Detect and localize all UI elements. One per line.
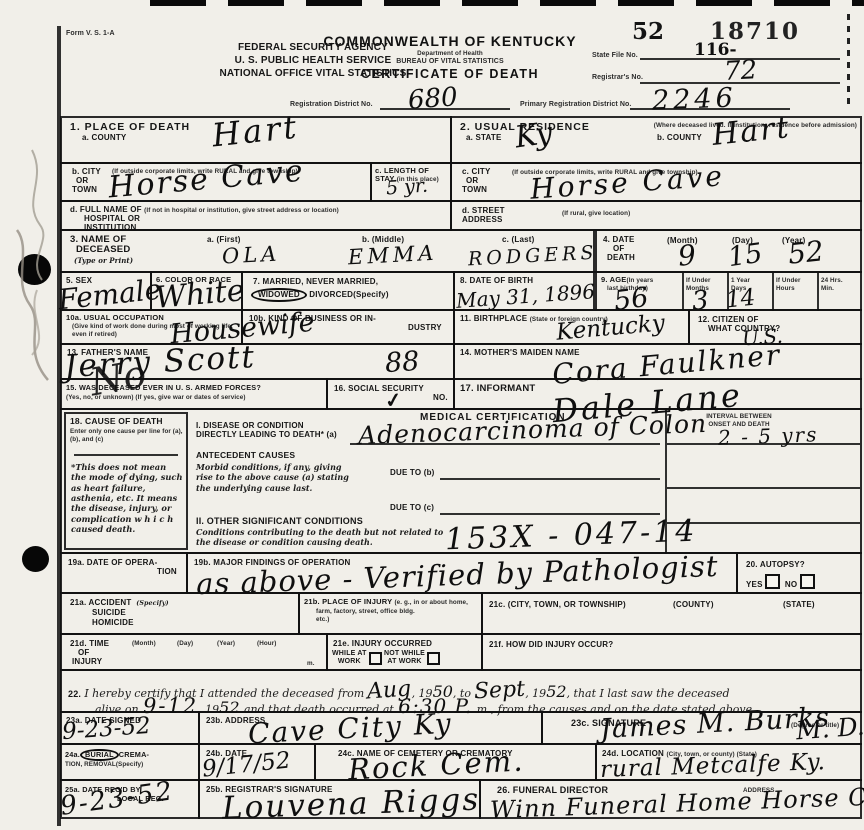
injury-place-note: farm, factory, street, office bldg.etc.) bbox=[316, 608, 476, 623]
cause-title: 18. CAUSE OF DEATH bbox=[70, 417, 163, 427]
homicide-label: HOMICIDE bbox=[92, 618, 134, 627]
injury-time-of: OF bbox=[78, 648, 90, 657]
state-label: a. STATE bbox=[466, 133, 502, 142]
burial-circled[interactable]: BURIAL bbox=[80, 749, 119, 761]
disease-label1: I. DISEASE OR CONDITION bbox=[196, 421, 304, 430]
disease-label2: DIRECTLY LEADING TO DEATH* (a) bbox=[196, 430, 337, 439]
physician-degree-value[interactable]: M. D. bbox=[795, 712, 864, 746]
interval-value[interactable]: 2 - 5 yrs bbox=[718, 422, 819, 449]
street-label2: ADDRESS bbox=[462, 215, 503, 224]
injury-day: (Day) bbox=[177, 640, 193, 648]
registrar-signature-value[interactable]: Louvena Riggs bbox=[221, 782, 480, 827]
reg-district-value[interactable]: 680 bbox=[407, 82, 459, 115]
operation-date-label2: TION bbox=[157, 567, 177, 576]
informant-label: 17. INFORMANT bbox=[460, 384, 535, 395]
injury-place-label: 21b. PLACE OF INJURY (e. g., in or about… bbox=[304, 598, 468, 607]
street-label: d. STREET bbox=[462, 206, 505, 215]
form-number: Form V. S. 1-A bbox=[66, 30, 115, 38]
injury-occurred-options: WHILE ATWORK NOT WHILEAT WORK bbox=[332, 650, 440, 666]
field-accident: 21a. ACCIDENT (Specify) SUICIDE HOMICIDE bbox=[60, 592, 300, 635]
primary-reg-value[interactable]: 2246 bbox=[651, 83, 737, 117]
street-note: (If rural, give location) bbox=[562, 210, 630, 218]
field-autopsy: 20. AUTOPSY? YES NO bbox=[736, 552, 862, 594]
injury-county-label: (COUNTY) bbox=[673, 600, 714, 609]
cause-note: Enter only one cause per line for (a), (… bbox=[70, 428, 185, 443]
suicide-label: SUICIDE bbox=[92, 608, 126, 617]
injury-year: (Year) bbox=[217, 640, 235, 648]
field-usual-residence: 2. USUAL RESIDENCE (Where deceased lived… bbox=[450, 116, 862, 164]
due-to-c-label: DUE TO (c) bbox=[390, 503, 434, 512]
primary-reg-line bbox=[630, 108, 790, 110]
injury-time-injury: INJURY bbox=[72, 657, 102, 666]
due-c-line bbox=[440, 513, 660, 515]
autopsy-no-checkbox[interactable] bbox=[800, 574, 815, 589]
burial-label: 24a.BURIALCREMA- bbox=[65, 749, 149, 761]
due-to-b-label: DUE TO (b) bbox=[390, 468, 435, 477]
other-conditions-label: II. OTHER SIGNIFICANT CONDITIONS bbox=[196, 516, 363, 526]
dod-year-value[interactable]: 52 bbox=[786, 234, 825, 271]
city-label-or: OR bbox=[76, 176, 88, 185]
reg-district-line bbox=[380, 108, 510, 110]
field-burial: 24a.BURIALCREMA- TION, REMOVAL(Specify) bbox=[60, 743, 200, 781]
autopsy-yes-checkbox[interactable] bbox=[765, 574, 780, 589]
field-place-of-injury: 21b. PLACE OF INJURY (e. g., in or about… bbox=[298, 592, 483, 635]
operation-date-label: 19a. DATE OF OPERA- bbox=[68, 558, 157, 567]
while-at-work-checkbox[interactable] bbox=[369, 652, 382, 665]
burial-label2: TION, REMOVAL(Specify) bbox=[65, 761, 143, 769]
injury-occurred-label: 21e. INJURY OCCURRED bbox=[333, 639, 432, 648]
cause-rule bbox=[74, 454, 178, 456]
ssn-label2: NO. bbox=[433, 393, 448, 402]
ssn-label: 16. SOCIAL SECURITY bbox=[334, 384, 424, 393]
interval-line2 bbox=[667, 487, 860, 489]
dod-month-value[interactable]: 9 bbox=[677, 238, 698, 272]
age-div3 bbox=[772, 273, 774, 311]
field-hospital: d. FULL NAME OF (If not in hospital or i… bbox=[60, 200, 452, 231]
not-while-at-work-checkbox[interactable] bbox=[427, 652, 440, 665]
interval-line1 bbox=[667, 443, 860, 445]
widowed-circled[interactable]: WIDOWED bbox=[251, 288, 307, 302]
certificate-title: CERTIFICATE OF DEATH bbox=[300, 67, 600, 81]
interval-line3 bbox=[667, 522, 860, 524]
dod-day-value[interactable]: 15 bbox=[726, 238, 764, 273]
field-injury-occurred: 21e. INJURY OCCURRED WHILE ATWORK NOT WH… bbox=[326, 633, 483, 671]
injury-state-label: (STATE) bbox=[783, 600, 815, 609]
death-certificate-scan: Form V. S. 1-A FEDERAL SECURITY AGENCY U… bbox=[0, 0, 864, 830]
age-div4 bbox=[817, 273, 819, 311]
injury-time-label: 21d. TIME bbox=[70, 639, 109, 648]
due-b-line bbox=[440, 478, 660, 480]
commonwealth-title: COMMONWEALTH OF KENTUCKY bbox=[300, 33, 600, 49]
res-city-or: OR bbox=[466, 176, 478, 185]
field-marital-status: 7. MARRIED, NEVER MARRIED, WIDOWED DIVOR… bbox=[241, 271, 455, 311]
registrar-no-label: Registrar's No. bbox=[592, 74, 643, 82]
field-injury-location: 21c. (CITY, TOWN, OR TOWNSHIP) (COUNTY) … bbox=[481, 592, 862, 635]
dod-title3: DEATH bbox=[607, 253, 635, 262]
dept-of-health: Department of Health bbox=[300, 50, 600, 58]
cause-footnote: *This does not mean the mode of dying, s… bbox=[71, 462, 183, 535]
accident-label: 21a. ACCIDENT (Specify) bbox=[70, 598, 169, 608]
antecedent-label: ANTECEDENT CAUSES bbox=[196, 451, 295, 461]
city-label-town: TOWN bbox=[72, 185, 97, 194]
other-conditions-note: Conditions contributing to the death but… bbox=[196, 527, 446, 548]
cert-no: 22. bbox=[68, 689, 81, 699]
length-stay-value[interactable]: 5 yr. bbox=[385, 175, 428, 200]
stamp-year: 52 bbox=[632, 18, 664, 45]
marital-line2: WIDOWED DIVORCED(Specify) bbox=[251, 288, 389, 302]
morbid-note: Morbid conditions, if any, giving rise t… bbox=[196, 462, 356, 493]
state-value[interactable]: Ky bbox=[513, 116, 555, 156]
res-county-label: b. COUNTY bbox=[657, 133, 702, 142]
injury-month: (Month) bbox=[132, 640, 156, 648]
marital-line1: 7. MARRIED, NEVER MARRIED, bbox=[253, 277, 378, 286]
father-extra[interactable]: 88 bbox=[384, 346, 420, 379]
dod-title1: 4. DATE bbox=[603, 235, 634, 244]
occupation-label: 10a. USUAL OCCUPATION bbox=[66, 314, 164, 323]
how-injury-label: 21f. HOW DID INJURY OCCUR? bbox=[489, 640, 613, 649]
field-street-address: d. STREET ADDRESS (If rural, give locati… bbox=[450, 200, 862, 231]
registrar-no-line bbox=[640, 82, 840, 84]
hospital-label2: HOSPITAL OR bbox=[84, 214, 140, 223]
res-city-town: TOWN bbox=[462, 185, 487, 194]
autopsy-options: YES NO bbox=[746, 574, 815, 589]
city-label: b. CITY bbox=[72, 167, 101, 176]
autopsy-label: 20. AUTOPSY? bbox=[746, 560, 805, 569]
place-of-death-title: 1. PLACE OF DEATH bbox=[70, 121, 190, 133]
primary-reg-label: Primary Registration District No. bbox=[520, 101, 631, 109]
dod-title2: OF bbox=[613, 244, 625, 253]
citizen-label1: 12. CITIZEN OF bbox=[698, 315, 759, 324]
right-edge-dashes bbox=[847, 14, 850, 109]
first-name-value[interactable]: OLA bbox=[221, 241, 281, 268]
industry-label2: DUSTRY bbox=[408, 323, 442, 332]
county-label: a. COUNTY bbox=[82, 133, 126, 142]
age-c4: 24 Hrs.Min. bbox=[821, 277, 861, 292]
last-name-label: c. (Last) bbox=[502, 235, 534, 244]
cause-note-box: 18. CAUSE OF DEATH Enter only one cause … bbox=[64, 412, 188, 550]
injury-city-label: 21c. (CITY, TOWN, OR TOWNSHIP) bbox=[489, 600, 626, 609]
margin-scribble bbox=[2, 140, 60, 430]
injury-m: m. bbox=[307, 660, 315, 668]
name-title2: DECEASED bbox=[76, 245, 130, 256]
punch-hole bbox=[22, 546, 49, 572]
age-c3: If UnderHours bbox=[776, 277, 816, 292]
field-how-injury: 21f. HOW DID INJURY OCCUR? bbox=[481, 633, 862, 671]
reg-district-label: Registration District No. bbox=[290, 101, 373, 109]
age-div1 bbox=[682, 273, 684, 311]
mother-label: 14. MOTHER'S MAIDEN NAME bbox=[460, 348, 580, 357]
res-city-label: c. CITY bbox=[462, 167, 491, 176]
middle-name-value[interactable]: EMMA bbox=[347, 241, 438, 270]
field-time-of-injury: 21d. TIME OF INJURY (Month) (Day) (Year)… bbox=[60, 633, 328, 671]
state-file-label: State File No. bbox=[592, 52, 638, 60]
name-title3: (Type or Print) bbox=[74, 257, 133, 265]
bureau-vital-stats: BUREAU OF VITAL STATISTICS bbox=[300, 58, 600, 66]
injury-hour: (Hour) bbox=[257, 640, 277, 648]
field-date-operation: 19a. DATE OF OPERA- TION bbox=[60, 552, 188, 594]
top-edge-bar bbox=[150, 0, 864, 6]
